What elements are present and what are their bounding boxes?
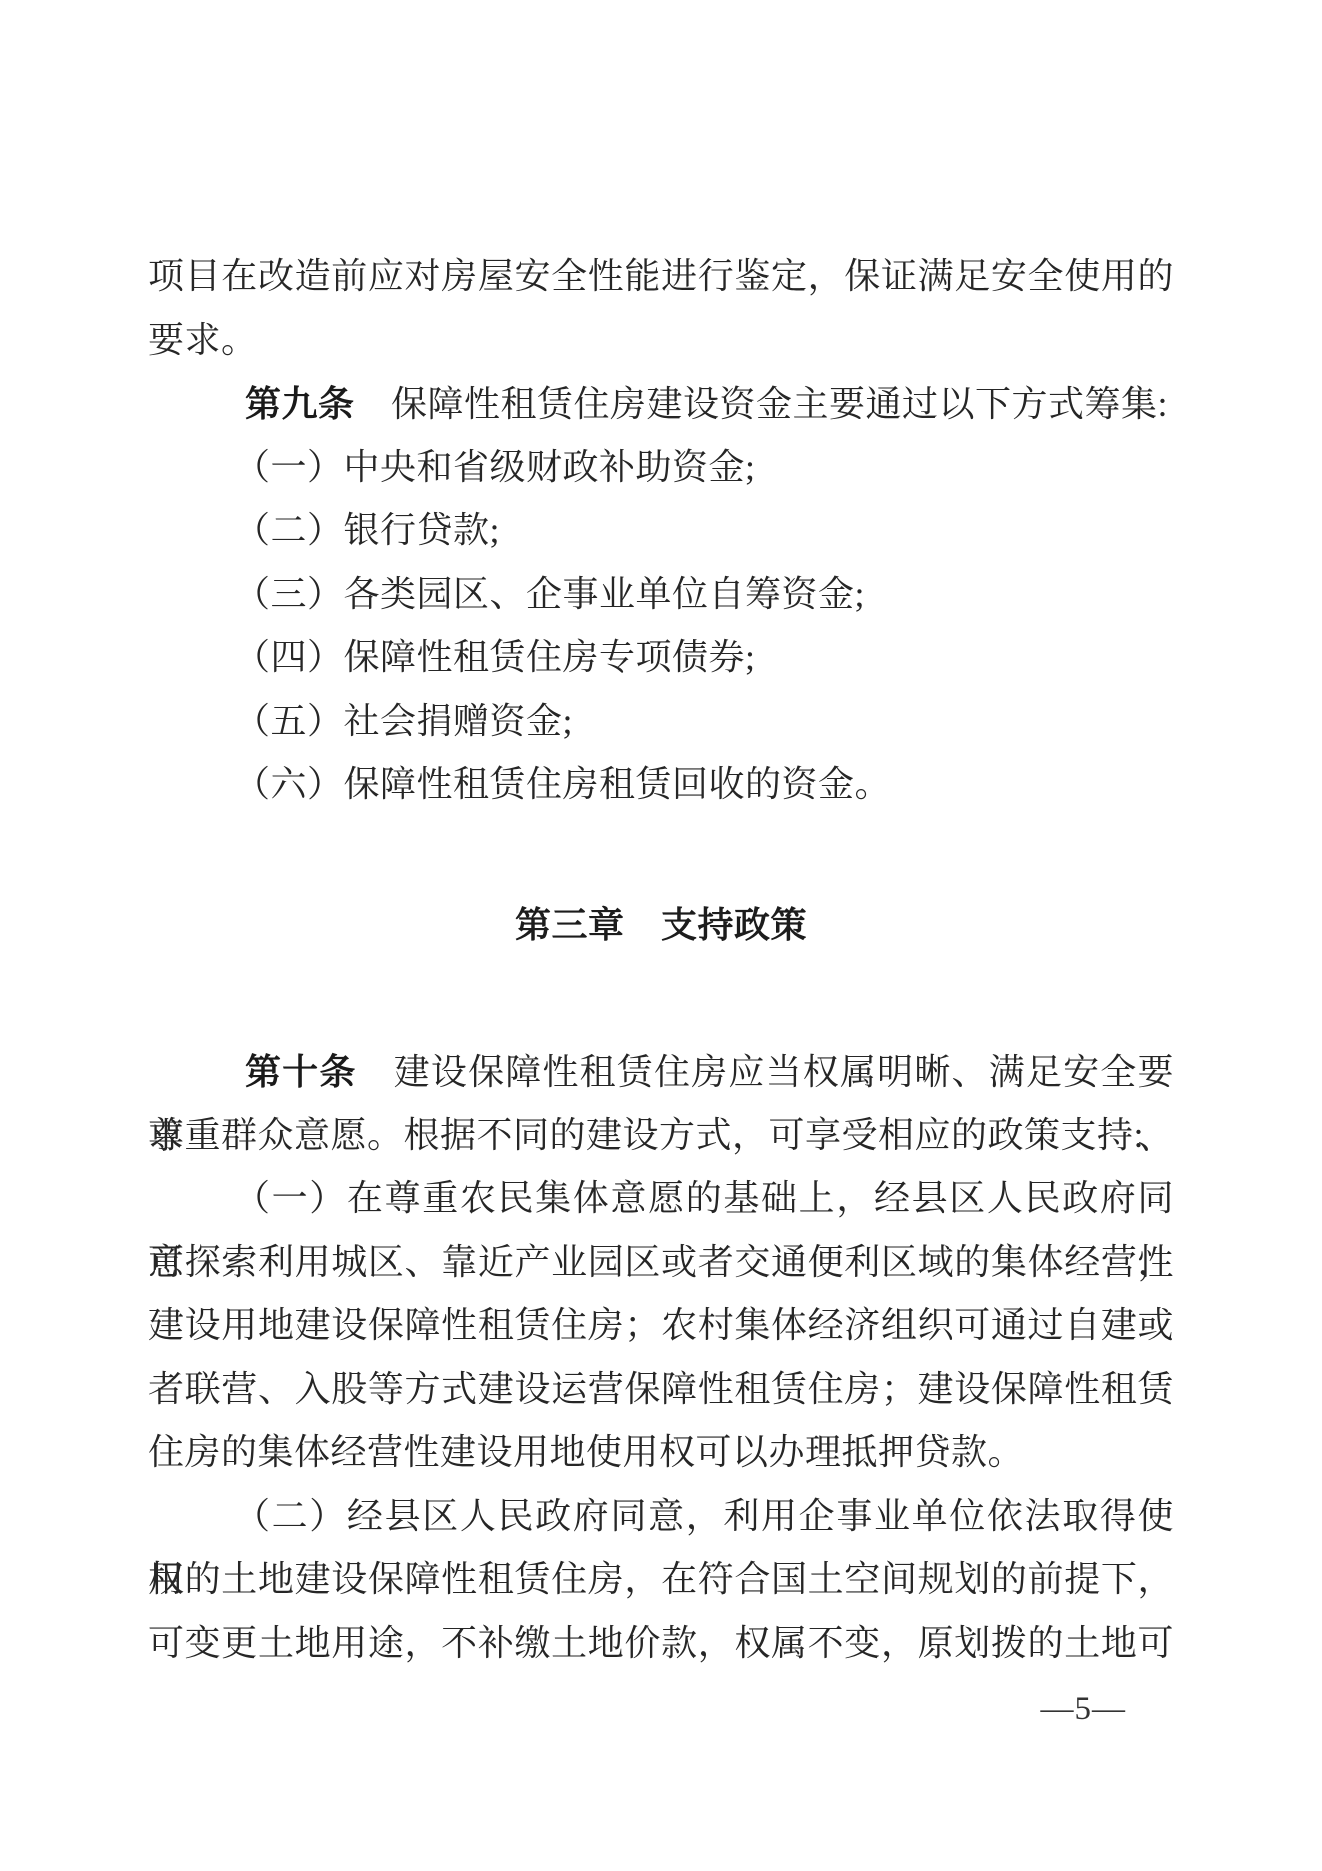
document-line: （六）保障性租赁住房租赁回收的资金。 [148, 753, 1174, 817]
document-line: 者联营、入股等方式建设运营保障性租赁住房；建设保障性租赁 [148, 1358, 1174, 1422]
document-line: 第十条 建设保障性租赁住房应当权属明晰、满足安全要求、 [148, 1040, 1174, 1104]
chapter-heading: 第三章 支持政策 [148, 893, 1174, 957]
article-number: 第九条 [245, 383, 355, 424]
page-number: —5— [1041, 1691, 1127, 1727]
document-line: （二）银行贷款; [148, 499, 1174, 563]
document-line: 可探索利用城区、靠近产业园区或者交通便利区域的集体经营性 [148, 1231, 1174, 1295]
document-line: （一）中央和省级财政补助资金; [148, 436, 1174, 500]
document-line: 可变更土地用途，不补缴土地价款，权属不变，原划拨的土地可 [148, 1612, 1174, 1676]
document-line: 第九条 保障性租赁住房建设资金主要通过以下方式筹集: [148, 372, 1174, 436]
document-line: 尊重群众意愿。根据不同的建设方式，可享受相应的政策支持: [148, 1104, 1174, 1168]
document-line: 建设用地建设保障性租赁住房；农村集体经济组织可通过自建或 [148, 1294, 1174, 1358]
document-line: 要求。 [148, 309, 1174, 373]
document-line: （三）各类园区、企事业单位自筹资金; [148, 563, 1174, 627]
article-number: 第十条 [245, 1051, 357, 1092]
document-page: 项目在改造前应对房屋安全性能进行鉴定，保证满足安全使用的要求。第九条 保障性租赁… [0, 0, 1322, 1871]
document-line: 权的土地建设保障性租赁住房，在符合国土空间规划的前提下， [148, 1548, 1174, 1612]
document-line: （二）经县区人民政府同意，利用企事业单位依法取得使用 [148, 1485, 1174, 1549]
document-line: 住房的集体经营性建设用地使用权可以办理抵押贷款。 [148, 1421, 1174, 1485]
document-line: （五）社会捐赠资金; [148, 690, 1174, 754]
document-content: 项目在改造前应对房屋安全性能进行鉴定，保证满足安全使用的要求。第九条 保障性租赁… [148, 245, 1174, 1675]
document-line: （四）保障性租赁住房专项债券; [148, 626, 1174, 690]
document-line: （一）在尊重农民集体意愿的基础上，经县区人民政府同意， [148, 1167, 1174, 1231]
document-line: 项目在改造前应对房屋安全性能进行鉴定，保证满足安全使用的 [148, 245, 1174, 309]
